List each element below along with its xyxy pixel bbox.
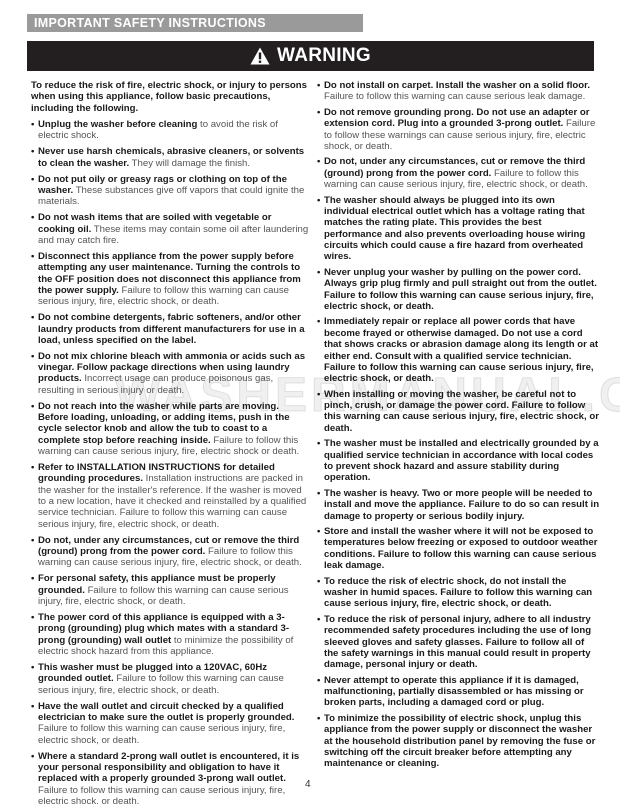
safety-item: •Refer to INSTALLATION INSTRUCTIONS for …	[31, 462, 309, 530]
right-item-list: •Do not install on carpet. Install the w…	[317, 80, 601, 770]
safety-item: •To reduce the risk of personal injury, …	[317, 614, 601, 671]
safety-item-normal-text: Failure to follow this warning can cause…	[324, 91, 585, 102]
bullet-icon: •	[317, 713, 320, 724]
bullet-icon: •	[31, 701, 34, 712]
safety-item-bold-text: The washer is heavy. Two or more people …	[324, 488, 599, 522]
safety-item: •Disconnect this appliance from the powe…	[31, 251, 309, 308]
bullet-icon: •	[31, 462, 34, 473]
safety-item: •Never attempt to operate this appliance…	[317, 675, 601, 709]
bullet-icon: •	[31, 119, 34, 130]
bullet-icon: •	[317, 614, 320, 625]
safety-item-bold-text: The washer must be installed and electri…	[324, 438, 599, 483]
safety-item: •Do not wash items that are soiled with …	[31, 212, 309, 246]
safety-item-normal-text: Failure to follow this warning can cause…	[38, 785, 285, 804]
safety-item: •When installing or moving the washer, b…	[317, 389, 601, 434]
intro-paragraph: To reduce the risk of fire, electric sho…	[31, 80, 309, 114]
bullet-icon: •	[317, 156, 320, 167]
bullet-icon: •	[31, 751, 34, 762]
safety-item: •Where a standard 2-prong wall outlet is…	[31, 751, 309, 804]
safety-item: •Do not, under any circumstances, cut or…	[317, 156, 601, 190]
safety-item-bold-text: To minimize the possibility of electric …	[324, 713, 595, 769]
bullet-icon: •	[317, 195, 320, 206]
safety-item-bold-text: Do not combine detergents, fabric soften…	[38, 312, 305, 346]
safety-item-bold-text: Immediately repair or replace all power …	[324, 316, 598, 384]
safety-item-bold-text: Have the wall outlet and circuit checked…	[38, 701, 294, 723]
right-column: •Do not install on carpet. Install the w…	[317, 80, 601, 774]
bullet-icon: •	[31, 212, 34, 223]
safety-item-bold-text: To reduce the risk of electric shock, do…	[324, 576, 592, 610]
bullet-icon: •	[317, 438, 320, 449]
safety-item: •Unplug the washer before cleaning to av…	[31, 119, 309, 142]
bullet-icon: •	[31, 612, 34, 623]
bullet-icon: •	[317, 526, 320, 537]
safety-item: •Do not reach into the washer while part…	[31, 401, 309, 458]
bullet-icon: •	[31, 312, 34, 323]
warning-banner: WARNING	[27, 41, 594, 71]
safety-item-bold-text: Store and install the washer where it wi…	[324, 526, 597, 571]
safety-item-bold-text: To reduce the risk of personal injury, a…	[324, 614, 591, 670]
safety-item-normal-text: Failure to follow this warning can cause…	[38, 723, 285, 745]
safety-item: •Never use harsh chemicals, abrasive cle…	[31, 146, 309, 169]
safety-item-bold-text: When installing or moving the washer, be…	[324, 389, 599, 434]
page-number: 4	[305, 779, 311, 790]
bullet-icon: •	[31, 573, 34, 584]
safety-item: •Do not remove grounding prong. Do not u…	[317, 107, 601, 152]
bullet-icon: •	[317, 107, 320, 118]
safety-item: •This washer must be plugged into a 120V…	[31, 662, 309, 696]
safety-item: •Do not mix chlorine bleach with ammonia…	[31, 351, 309, 396]
safety-item: •For personal safety, this appliance mus…	[31, 573, 309, 607]
safety-item: •Do not combine detergents, fabric softe…	[31, 312, 309, 346]
bullet-icon: •	[317, 389, 320, 400]
safety-item: •Never unplug your washer by pulling on …	[317, 267, 601, 312]
bullet-icon: •	[317, 488, 320, 499]
safety-item-bold-text: Where a standard 2-prong wall outlet is …	[38, 751, 299, 785]
bullet-icon: •	[31, 251, 34, 262]
bullet-icon: •	[317, 267, 320, 278]
safety-item-bold-text: Never unplug your washer by pulling on t…	[324, 267, 597, 312]
safety-item-bold-text: Do not install on carpet. Install the wa…	[324, 80, 590, 91]
safety-item-normal-text: They will damage the finish.	[129, 158, 250, 169]
safety-item: •The washer must be installed and electr…	[317, 438, 601, 483]
safety-item: •To minimize the possibility of electric…	[317, 713, 601, 770]
bullet-icon: •	[317, 80, 320, 91]
bullet-icon: •	[31, 662, 34, 673]
bullet-icon: •	[317, 576, 320, 587]
warning-label: WARNING	[277, 45, 371, 67]
safety-item-normal-text: These substances give off vapors that co…	[38, 185, 304, 207]
left-column: To reduce the risk of fire, electric sho…	[31, 80, 309, 804]
bullet-icon: •	[31, 401, 34, 412]
section-title-bar: IMPORTANT SAFETY INSTRUCTIONS	[27, 14, 363, 32]
left-item-list: •Unplug the washer before cleaning to av…	[31, 119, 309, 804]
safety-item: •Do not put oily or greasy rags or cloth…	[31, 174, 309, 208]
bullet-icon: •	[317, 316, 320, 327]
bullet-icon: •	[31, 174, 34, 185]
safety-item: •The washer is heavy. Two or more people…	[317, 488, 601, 522]
safety-item: •The power cord of this appliance is equ…	[31, 612, 309, 657]
safety-item: •Store and install the washer where it w…	[317, 526, 601, 571]
safety-item: •Have the wall outlet and circuit checke…	[31, 701, 309, 746]
safety-item: •Immediately repair or replace all power…	[317, 316, 601, 384]
safety-item-bold-text: The washer should always be plugged into…	[324, 195, 585, 263]
safety-item-bold-text: Unplug the washer before cleaning	[38, 119, 197, 130]
safety-item-bold-text: Do not remove grounding prong. Do not us…	[324, 107, 589, 129]
safety-item: •To reduce the risk of electric shock, d…	[317, 576, 601, 610]
bullet-icon: •	[31, 535, 34, 546]
bullet-icon: •	[31, 146, 34, 157]
bullet-icon: •	[317, 675, 320, 686]
safety-item-bold-text: Never attempt to operate this appliance …	[324, 675, 584, 709]
safety-item: •Do not, under any circumstances, cut or…	[31, 535, 309, 569]
safety-item: •Do not install on carpet. Install the w…	[317, 80, 601, 103]
safety-item: •The washer should always be plugged int…	[317, 195, 601, 263]
warning-triangle-icon	[250, 47, 270, 65]
bullet-icon: •	[31, 351, 34, 362]
